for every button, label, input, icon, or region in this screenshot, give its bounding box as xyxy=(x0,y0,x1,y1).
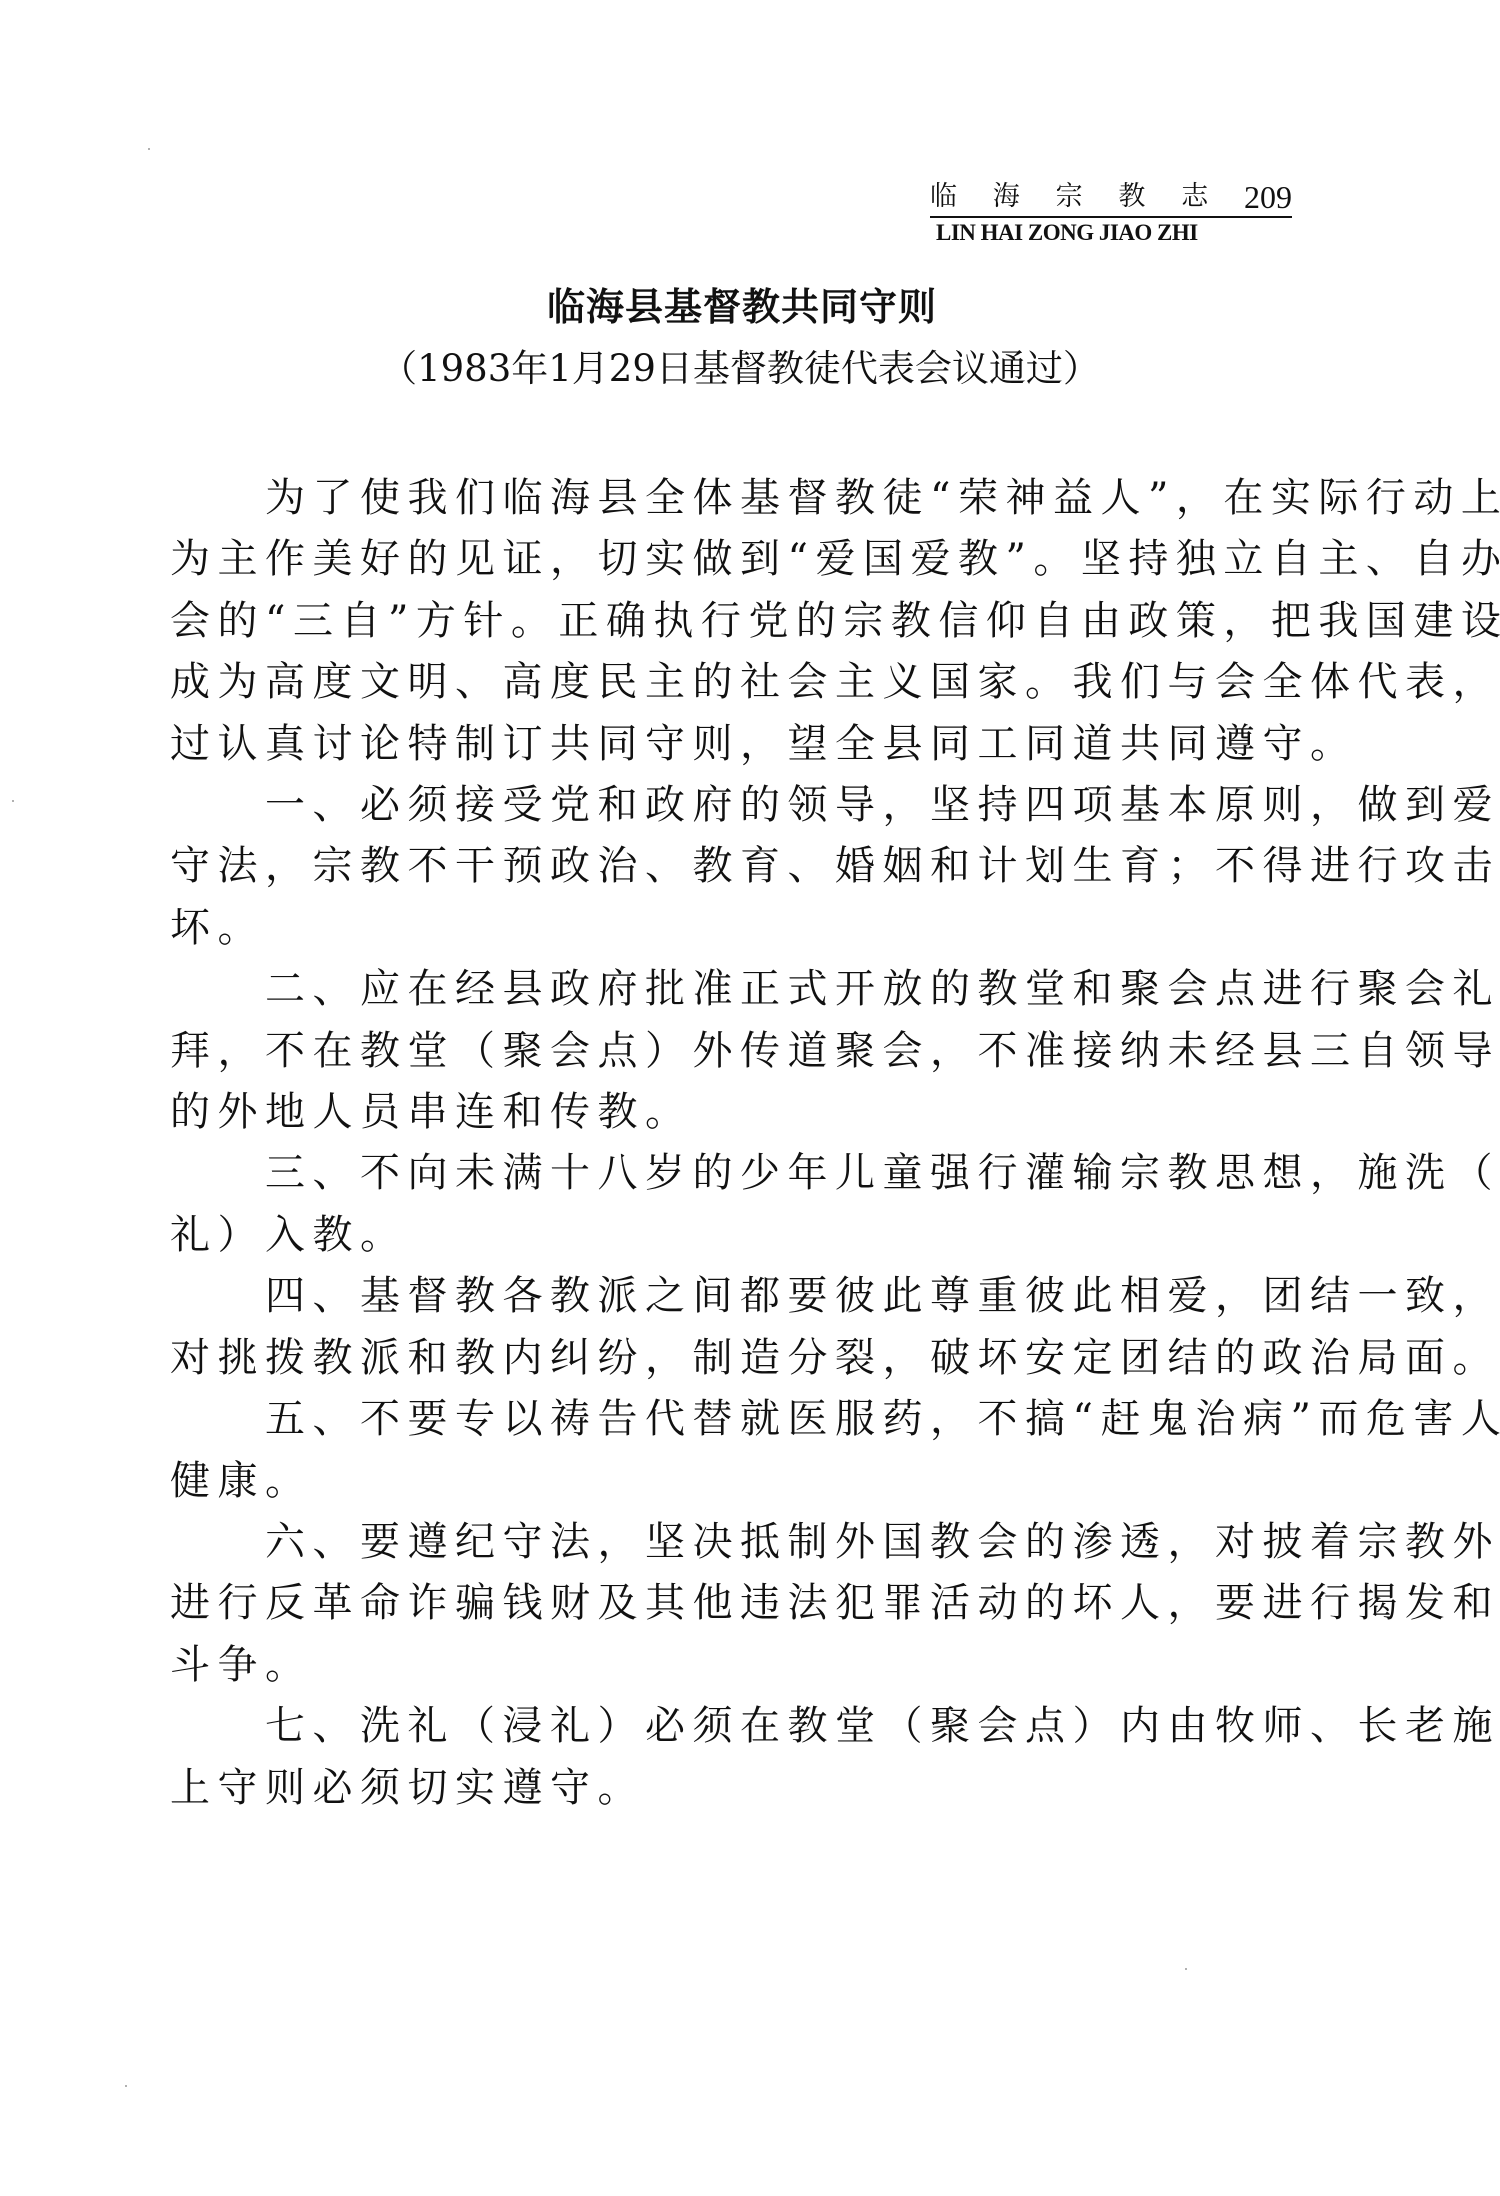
running-head-char: 临 xyxy=(930,180,957,214)
text-line: 斗争。 xyxy=(170,1635,1312,1696)
text-line: 为主作美好的见证，切实做到“爱国爱教”。坚持独立自主、自办教 xyxy=(170,529,1312,590)
paragraph-rule-4: 四、基督教各教派之间都要彼此尊重彼此相爱，团结一致，反 对挑拨教派和教内纠纷，制… xyxy=(170,1266,1312,1389)
text-line: 过认真讨论特制订共同守则，望全县同工同道共同遵守。 xyxy=(170,714,1312,775)
running-head-char: 宗 xyxy=(1056,180,1083,214)
text-line: 成为高度文明、高度民主的社会主义国家。我们与会全体代表，经 xyxy=(170,652,1312,713)
scan-speck xyxy=(148,148,150,150)
running-head-char: 教 xyxy=(1118,180,1145,214)
text-line: 礼）入教。 xyxy=(170,1205,1312,1266)
text-line: 四、基督教各教派之间都要彼此尊重彼此相爱，团结一致，反 xyxy=(170,1266,1312,1327)
running-head-title: 临 海 宗 教 志 209 xyxy=(930,180,1292,218)
text-line: 三、不向未满十八岁的少年儿童强行灌输宗教思想，施洗（浸 xyxy=(170,1143,1312,1204)
document-title: 临海县基督教共同守则 xyxy=(0,282,1492,332)
running-head: 临 海 宗 教 志 209 LIN HAI ZONG JIAO ZHI xyxy=(930,180,1292,246)
text-line: 守法，宗教不干预政治、教育、婚姻和计划生育；不得进行攻击和破 xyxy=(170,836,1312,897)
running-head-romanized: LIN HAI ZONG JIAO ZHI xyxy=(930,220,1292,246)
running-head-char: 志 xyxy=(1181,180,1208,214)
text-line: 二、应在经县政府批准正式开放的教堂和聚会点进行聚会礼 xyxy=(170,959,1312,1020)
text-line: 为了使我们临海县全体基督教徒“荣神益人”，在实际行动上 xyxy=(170,468,1312,529)
scan-speck xyxy=(12,800,14,802)
scan-speck xyxy=(1185,1968,1187,1970)
paragraph-rule-7: 七、洗礼（浸礼）必须在教堂（聚会点）内由牧师、长老施行。以 上守则必须切实遵守。 xyxy=(170,1696,1312,1819)
paragraph-intro: 为了使我们临海县全体基督教徒“荣神益人”，在实际行动上 为主作美好的见证，切实做… xyxy=(170,468,1312,775)
paragraph-rule-1: 一、必须接受党和政府的领导，坚持四项基本原则，做到爱国 守法，宗教不干预政治、教… xyxy=(170,775,1312,959)
text-line: 五、不要专以祷告代替就医服药，不搞“赶鬼治病”而危害人民 xyxy=(170,1389,1312,1450)
text-line: 进行反革命诈骗钱财及其他违法犯罪活动的坏人，要进行揭发和 xyxy=(170,1573,1312,1634)
document-body: 为了使我们临海县全体基督教徒“荣神益人”，在实际行动上 为主作美好的见证，切实做… xyxy=(170,468,1312,1819)
text-line: 上守则必须切实遵守。 xyxy=(170,1758,1312,1819)
text-line: 对挑拨教派和教内纠纷，制造分裂，破坏安定团结的政治局面。 xyxy=(170,1328,1312,1389)
text-line: 会的“三自”方针。正确执行党的宗教信仰自由政策，把我国建设 xyxy=(170,591,1312,652)
paragraph-rule-2: 二、应在经县政府批准正式开放的教堂和聚会点进行聚会礼 拜，不在教堂（聚会点）外传… xyxy=(170,959,1312,1143)
text-line: 七、洗礼（浸礼）必须在教堂（聚会点）内由牧师、长老施行。以 xyxy=(170,1696,1312,1757)
text-line: 的外地人员串连和传教。 xyxy=(170,1082,1312,1143)
text-line: 一、必须接受党和政府的领导，坚持四项基本原则，做到爱国 xyxy=(170,775,1312,836)
text-line: 坏。 xyxy=(170,898,1312,959)
text-line: 六、要遵纪守法，坚决抵制外国教会的渗透，对披着宗教外衣 xyxy=(170,1512,1312,1573)
document-subtitle: （1983年1月29日基督教徒代表会议通过） xyxy=(0,344,1490,394)
text-line: 健康。 xyxy=(170,1451,1312,1512)
running-head-char: 海 xyxy=(993,180,1020,214)
paragraph-rule-3: 三、不向未满十八岁的少年儿童强行灌输宗教思想，施洗（浸 礼）入教。 xyxy=(170,1143,1312,1266)
text-line: 拜，不在教堂（聚会点）外传道聚会，不准接纳未经县三自领导批准 xyxy=(170,1021,1312,1082)
scan-speck xyxy=(125,2085,127,2087)
page-number: 209 xyxy=(1244,180,1292,214)
paragraph-rule-6: 六、要遵纪守法，坚决抵制外国教会的渗透，对披着宗教外衣 进行反革命诈骗钱财及其他… xyxy=(170,1512,1312,1696)
paragraph-rule-5: 五、不要专以祷告代替就医服药，不搞“赶鬼治病”而危害人民 健康。 xyxy=(170,1389,1312,1512)
